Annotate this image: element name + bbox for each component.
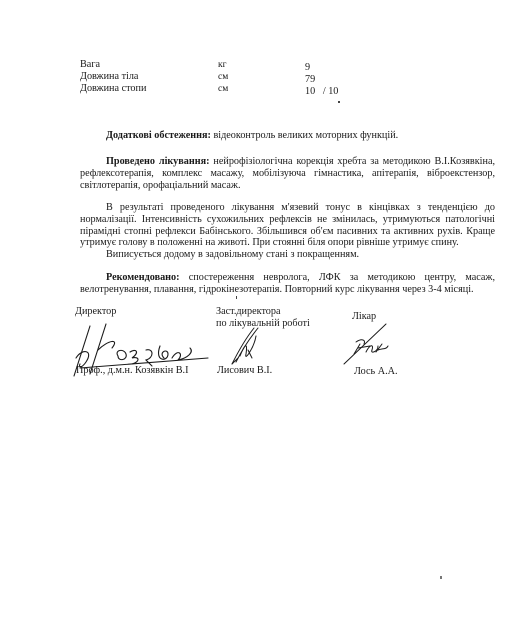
additional-exams-heading: Додаткові обстеження: — [106, 130, 211, 141]
scan-speck — [338, 101, 340, 103]
doctor-signature-icon — [342, 322, 392, 366]
deputy-title-line1: Заст.директора — [216, 306, 310, 318]
deputy-name: Лисович В.І. — [217, 365, 272, 377]
additional-exams-section: Додаткові обстеження: відеоконтроль вели… — [80, 130, 495, 142]
deputy-signature-icon — [228, 326, 268, 366]
results-section: В результаті проведеного лікування м'язе… — [80, 202, 495, 249]
director-title: Директор — [75, 306, 116, 318]
recommendations-heading: Рекомендовано: — [106, 272, 180, 283]
recommendations-section: Рекомендовано: спостереження невролога, … — [80, 272, 495, 296]
discharge-section: Виписується додому в задовільному стані … — [80, 249, 495, 261]
scan-speck — [236, 296, 237, 299]
measurement-value: 9 — [305, 62, 310, 74]
doctor-name: Лось А.А. — [354, 366, 398, 378]
treatment-section: Проведено лікування: нейрофізіологічна к… — [80, 156, 495, 191]
measurement-unit: см — [218, 83, 228, 95]
results-text: В результаті проведеного лікування м'язе… — [80, 202, 495, 248]
measurement-label: Довжина стопи — [80, 83, 146, 95]
discharge-text: Виписується додому в задовільному стані … — [106, 249, 359, 260]
measurement-value: 10 / 10 — [305, 86, 338, 98]
director-name: Проф., д.м.н. Козявкін В.І — [76, 365, 188, 377]
measurement-label: Вага — [80, 59, 100, 71]
treatment-heading: Проведено лікування: — [106, 156, 209, 167]
additional-exams-text: відеоконтроль великих моторних функцій. — [211, 130, 398, 141]
scan-speck — [440, 576, 442, 579]
measurement-unit: см — [218, 71, 228, 83]
measurement-label: Довжина тіла — [80, 71, 138, 83]
measurement-value: 79 — [305, 74, 315, 86]
measurement-unit: кг — [218, 59, 227, 71]
